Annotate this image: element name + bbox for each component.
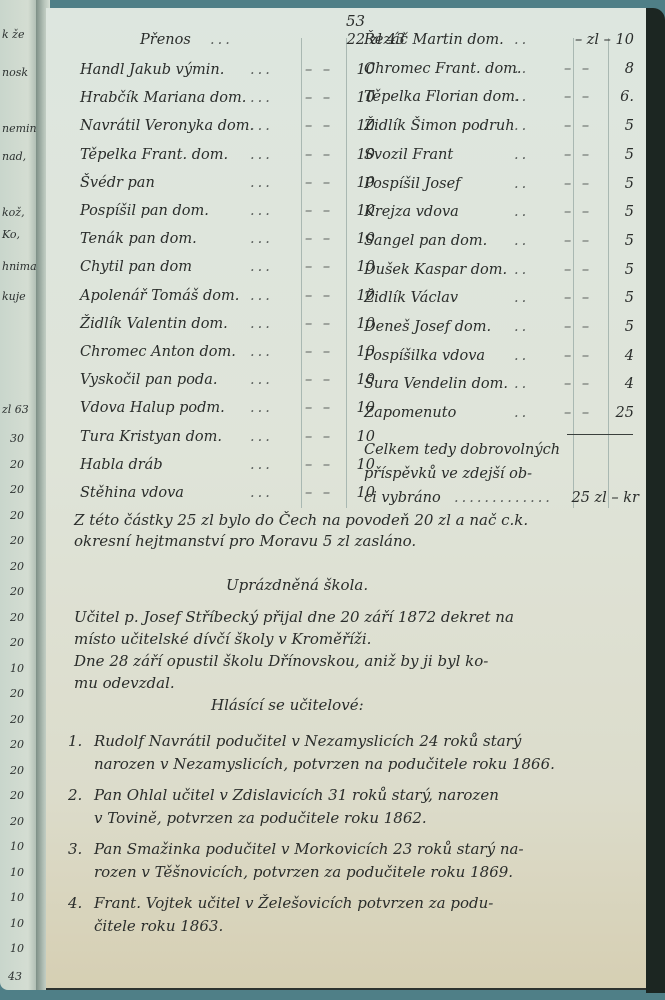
dash-placeholder: – – bbox=[305, 175, 333, 191]
paragraph-line: mu odevzdal. bbox=[74, 672, 634, 694]
applicant-entry: 3.Pan Smažinka podučitel v Morkovicích 2… bbox=[68, 838, 628, 884]
previous-page-edge: k že nosk nemin nad, kož, Ko, hnima kuje… bbox=[0, 0, 40, 990]
leader-dots: ... bbox=[250, 90, 273, 106]
dash-placeholder: – – bbox=[305, 147, 333, 163]
dash-placeholder: – – bbox=[305, 288, 333, 304]
donor-name: Vdova Halup podm. bbox=[80, 400, 225, 416]
applicants-list: 1.Rudolf Navrátil podučitel v Nezamyslic… bbox=[68, 730, 628, 946]
leader-dots: ... bbox=[250, 429, 273, 445]
book-cover-edge bbox=[646, 8, 665, 993]
donation-amount: 5 bbox=[549, 233, 634, 249]
donor-name: Tura Kristyan dom. bbox=[80, 429, 222, 445]
dash-placeholder: – – bbox=[305, 231, 333, 247]
donation-amount: 4 bbox=[549, 376, 634, 392]
donor-name: Krejza vdova bbox=[364, 204, 459, 220]
leader-dots: .. bbox=[514, 233, 529, 249]
donor-name: Deneš Josef dom. bbox=[364, 319, 491, 335]
margin-fragment: k že bbox=[2, 28, 24, 41]
margin-amount: 20 bbox=[10, 738, 24, 751]
leader-dots: .. bbox=[514, 32, 529, 48]
margin-fragment: Ko, bbox=[2, 228, 20, 241]
donor-name: Svozil Frant bbox=[364, 147, 453, 163]
margin-amount: 20 bbox=[10, 815, 24, 828]
donation-amount: 5 bbox=[549, 319, 634, 335]
donation-amount: 8 bbox=[549, 61, 634, 77]
dash-placeholder: – – bbox=[305, 485, 333, 501]
donor-name: Chromec Frant. dom. bbox=[364, 61, 522, 77]
applicant-number: 2. bbox=[68, 784, 94, 807]
applicant-text: Pan Smažinka podučitel v Morkovicích 23 … bbox=[94, 840, 524, 858]
donor-name: Chytil pan dom bbox=[80, 259, 192, 275]
donation-amount: – zl – 10 bbox=[549, 32, 634, 48]
dash-placeholder: – – bbox=[305, 429, 333, 445]
margin-amount: 20 bbox=[10, 611, 24, 624]
paragraph-line: Dne 28 září opustil školu Dřínovskou, an… bbox=[74, 650, 634, 672]
leader-dots: .. bbox=[514, 376, 529, 392]
donor-name: Hrabčík Mariana dom. bbox=[80, 90, 246, 106]
leader-dots: .. bbox=[514, 319, 529, 335]
vacant-school-heading: Uprázdněná škola. bbox=[226, 576, 368, 594]
leader-dots: ... bbox=[250, 457, 273, 473]
applicant-line: rozen v Těšnovicích, potvrzen za podučit… bbox=[68, 861, 628, 884]
leader-dots: ... bbox=[250, 147, 273, 163]
applicant-text: čitele roku 1863. bbox=[94, 917, 223, 935]
margin-amount: 20 bbox=[10, 585, 24, 598]
margin-amount: 10 bbox=[10, 866, 24, 879]
leader-dots: ... bbox=[250, 62, 273, 78]
paragraph-line: Učitel p. Josef Stříbecký přijal dne 20 … bbox=[74, 606, 634, 628]
leader-dots: ... bbox=[250, 231, 273, 247]
donation-amount: 6. bbox=[549, 89, 634, 105]
applicants-heading: Hlásící se učitelové: bbox=[211, 696, 364, 714]
donation-note: Z této částky 25 zl bylo do Čech na povo… bbox=[74, 510, 634, 552]
paragraph-line: místo učitelské dívčí školy v Kroměříži. bbox=[74, 628, 634, 650]
margin-amount: 10 bbox=[10, 891, 24, 904]
donor-name: Habla dráb bbox=[80, 457, 163, 473]
applicant-text: Rudolf Navrátil podučitel v Nezamyslicíc… bbox=[94, 732, 521, 750]
donation-amount: 4 bbox=[549, 348, 634, 364]
donor-name: Dušek Kaspar dom. bbox=[364, 262, 507, 278]
margin-fragment: nosk bbox=[2, 66, 28, 79]
page-number: 53 bbox=[346, 12, 365, 30]
margin-amount: 20 bbox=[10, 560, 24, 573]
subtotal-underline bbox=[567, 434, 633, 435]
leader-dots: .. bbox=[514, 89, 529, 105]
paragraph-line: Z této částky 25 zl bylo do Čech na povo… bbox=[74, 510, 634, 531]
margin-amount: 20 bbox=[10, 764, 24, 777]
leader-dots: .. bbox=[514, 348, 529, 364]
margin-fragment: kuje bbox=[2, 290, 26, 303]
total-amount: 25 zl – kr bbox=[559, 490, 639, 506]
dash-placeholder: – – bbox=[305, 118, 333, 134]
margin-amount: 20 bbox=[10, 713, 24, 726]
leader-dots: .. bbox=[514, 61, 529, 77]
leader-dots: .. bbox=[514, 204, 529, 220]
dash-placeholder: – – bbox=[305, 344, 333, 360]
margin-amount: 20 bbox=[10, 509, 24, 522]
donation-amount: 5 bbox=[549, 147, 634, 163]
applicant-line: 1.Rudolf Navrátil podučitel v Nezamyslic… bbox=[68, 730, 628, 753]
applicant-text: narozen v Nezamyslicích, potvrzen na pod… bbox=[94, 755, 555, 773]
leader-dots: .. bbox=[514, 147, 529, 163]
applicant-number: 3. bbox=[68, 838, 94, 861]
margin-total: 43 bbox=[8, 970, 22, 983]
applicant-line: 3.Pan Smažinka podučitel v Morkovicích 2… bbox=[68, 838, 628, 861]
donation-amount: 5 bbox=[549, 204, 634, 220]
donor-name: Židlík Šimon podruh bbox=[364, 118, 515, 134]
leader-dots: ... bbox=[250, 372, 273, 388]
applicant-entry: 1.Rudolf Navrátil podučitel v Nezamyslic… bbox=[68, 730, 628, 776]
margin-fragment: nad, bbox=[2, 150, 26, 163]
donation-amount: 25 bbox=[549, 405, 634, 421]
dash-placeholder: – – bbox=[305, 457, 333, 473]
leader-dots: .. bbox=[514, 118, 529, 134]
margin-amount: 30 bbox=[10, 432, 24, 445]
margin-amount: 20 bbox=[10, 687, 24, 700]
donor-name: Handl Jakub výmin. bbox=[80, 62, 224, 78]
margin-amount: 10 bbox=[10, 917, 24, 930]
leader-dots: ... bbox=[250, 344, 273, 360]
donor-name: Židlík Václav bbox=[364, 290, 458, 306]
applicant-entry: 4.Frant. Vojtek učitel v Želešovicích po… bbox=[68, 892, 628, 938]
applicant-text: v Tovině, potvrzen za podučitele roku 18… bbox=[94, 809, 427, 827]
leader-dots: .. bbox=[514, 262, 529, 278]
donor-name: Švédr pan bbox=[80, 175, 155, 191]
column-rule bbox=[301, 38, 302, 508]
donor-name: Šura Vendelin dom. bbox=[364, 376, 508, 392]
applicant-line: v Tovině, potvrzen za podučitele roku 18… bbox=[68, 807, 628, 830]
applicant-number: 1. bbox=[68, 730, 94, 753]
total-line: příspěvků ve zdejší ob- bbox=[364, 466, 532, 482]
paragraph-line: okresní hejtmanství pro Moravu 5 zl zasl… bbox=[74, 531, 634, 552]
donor-name: Židlík Valentin dom. bbox=[80, 316, 228, 332]
carry-over-label: Přenos bbox=[140, 32, 191, 48]
leader-dots: ... bbox=[250, 175, 273, 191]
leader-dots: .. bbox=[514, 405, 529, 421]
donor-name: Zapomenuto bbox=[364, 405, 456, 421]
dash-placeholder: – – bbox=[305, 372, 333, 388]
margin-amount: 20 bbox=[10, 534, 24, 547]
dash-placeholder: – – bbox=[305, 259, 333, 275]
margin-amount: 10 bbox=[10, 662, 24, 675]
dash-placeholder: – – bbox=[305, 90, 333, 106]
applicant-number: 4. bbox=[68, 892, 94, 915]
applicant-text: Pan Ohlal učitel v Zdislavicích 31 roků … bbox=[94, 786, 499, 804]
donor-name: Řezáč Martin dom. bbox=[364, 32, 504, 48]
total-line: ci vybráno bbox=[364, 490, 441, 506]
leader-dots: .. bbox=[514, 290, 529, 306]
applicant-text: Frant. Vojtek učitel v Želešovicích potv… bbox=[94, 894, 493, 912]
leader-dots: ... bbox=[250, 259, 273, 275]
donor-name: Stěhina vdova bbox=[80, 485, 184, 501]
donor-name: Těpelka Frant. dom. bbox=[80, 147, 228, 163]
applicant-line: čitele roku 1863. bbox=[68, 915, 628, 938]
margin-fragment: hnima bbox=[2, 260, 37, 273]
leader-dots: ... bbox=[250, 118, 273, 134]
donor-name: Navrátil Veronyka dom. bbox=[80, 118, 254, 134]
donor-name: Pospíšil pan dom. bbox=[80, 203, 209, 219]
applicant-line: 4.Frant. Vojtek učitel v Želešovicích po… bbox=[68, 892, 628, 915]
donor-name: Pospíšilka vdova bbox=[364, 348, 485, 364]
applicant-line: 2.Pan Ohlal učitel v Zdislavicích 31 rok… bbox=[68, 784, 628, 807]
donor-name: Sangel pan dom. bbox=[364, 233, 487, 249]
donation-amount: 5 bbox=[549, 290, 634, 306]
donor-name: Pospíšil Josef bbox=[364, 176, 461, 192]
ledger-page: 53 Přenos ... 22 zl 43 Handl Jakub výmin… bbox=[46, 8, 646, 990]
leader-dots: ... bbox=[250, 203, 273, 219]
leader-dots: ... bbox=[250, 400, 273, 416]
margin-amount: 10 bbox=[10, 840, 24, 853]
margin-fragment: nemin bbox=[2, 122, 37, 135]
leader-dots: ... bbox=[250, 485, 273, 501]
leader-dots: ... bbox=[250, 316, 273, 332]
dash-placeholder: – – bbox=[305, 62, 333, 78]
margin-amount-header: zl 63 bbox=[2, 403, 29, 416]
vacant-school-text: Učitel p. Josef Stříbecký přijal dne 20 … bbox=[74, 606, 634, 694]
donor-name: Tenák pan dom. bbox=[80, 231, 197, 247]
margin-amount: 10 bbox=[10, 942, 24, 955]
margin-amount: 20 bbox=[10, 458, 24, 471]
donor-name: Vyskočil pan poda. bbox=[80, 372, 217, 388]
dash-placeholder: – – bbox=[305, 400, 333, 416]
donor-name: Apolenář Tomáš dom. bbox=[80, 288, 239, 304]
leader-dots: ... bbox=[250, 288, 273, 304]
leader-dots: .. bbox=[514, 176, 529, 192]
applicant-entry: 2.Pan Ohlal učitel v Zdislavicích 31 rok… bbox=[68, 784, 628, 830]
total-line: Celkem tedy dobrovolných bbox=[364, 442, 560, 458]
donor-name: Těpelka Florian dom. bbox=[364, 89, 520, 105]
donation-amount: 5 bbox=[549, 176, 634, 192]
applicant-text: rozen v Těšnovicích, potvrzen za podučit… bbox=[94, 863, 513, 881]
donation-amount: 5 bbox=[549, 262, 634, 278]
applicant-line: narozen v Nezamyslicích, potvrzen na pod… bbox=[68, 753, 628, 776]
margin-amount: 20 bbox=[10, 636, 24, 649]
margin-amount: 20 bbox=[10, 789, 24, 802]
dash-placeholder: – – bbox=[305, 316, 333, 332]
donation-amount: 5 bbox=[549, 118, 634, 134]
margin-fragment: kož, bbox=[2, 206, 25, 219]
donor-name: Chromec Anton dom. bbox=[80, 344, 236, 360]
margin-amount: 20 bbox=[10, 483, 24, 496]
dash-placeholder: – – bbox=[305, 203, 333, 219]
